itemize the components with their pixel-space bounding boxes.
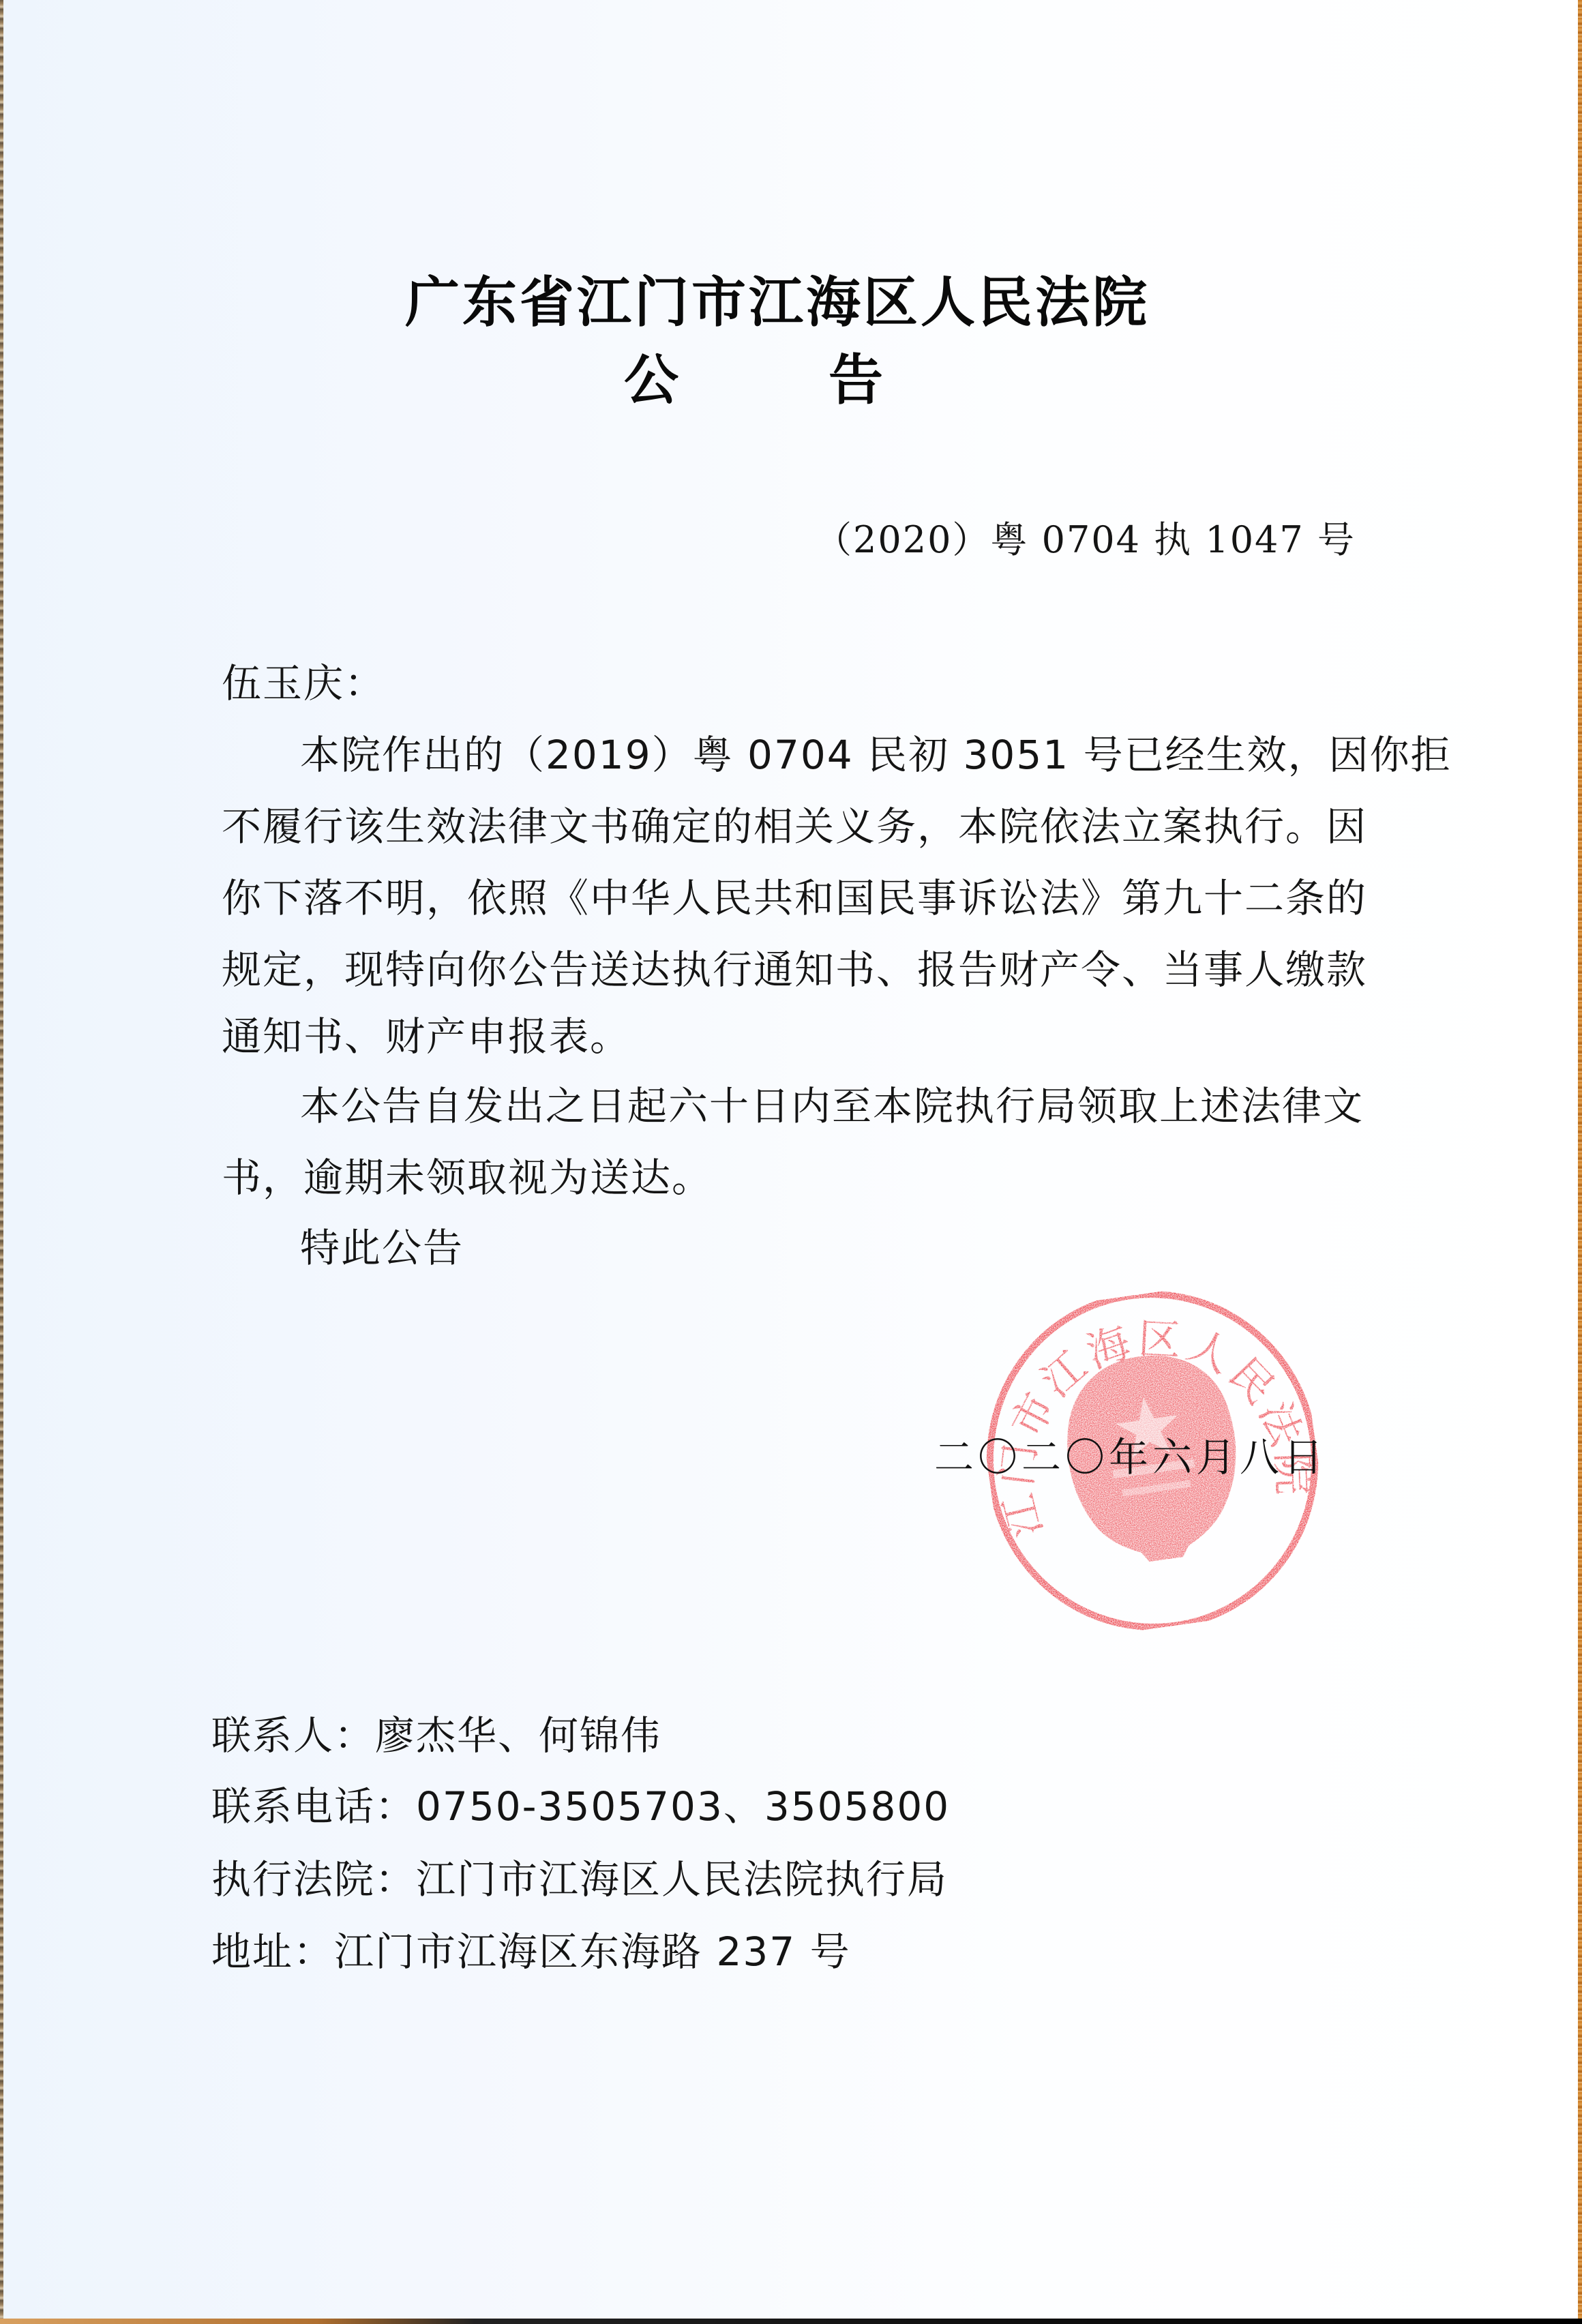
executing-court-row: 执行法院：江门市江海区人民法院执行局 (211, 1858, 948, 1901)
contact-person-value: 廖杰华、何锦伟 (375, 1712, 661, 1759)
body-line: 本院作出的（2019）粤 0704 民初 3051 号已经生效，因你拒 (300, 734, 1452, 775)
addressee: 伍玉庆： (222, 663, 385, 704)
issue-date: 二〇二〇年六月八日 (934, 1435, 1327, 1479)
executing-court-label: 执行法院： (211, 1856, 416, 1903)
address-label: 地址： (211, 1928, 334, 1975)
contact-phone-row: 联系电话：0750-3505703、3505800 (211, 1785, 950, 1828)
contact-phone-label: 联系电话： (211, 1783, 416, 1830)
closing-phrase: 特此公告 (300, 1227, 464, 1268)
address-row: 地址：江门市江海区东海路 237 号 (211, 1930, 851, 1973)
body-line: 规定，现特向你公告送达执行通知书、报告财产令、当事人缴款 (222, 949, 1367, 990)
case-number: （2020）粤 0704 执 1047 号 (815, 520, 1356, 561)
notice-title: 公 告 (0, 349, 1568, 411)
scan-edge-right (1578, 0, 1582, 2324)
contact-phone-value: 0750-3505703、3505800 (416, 1783, 950, 1830)
contact-person-row: 联系人：廖杰华、何锦伟 (211, 1714, 661, 1757)
body-line: 书，逾期未领取视为送达。 (222, 1157, 713, 1198)
body-line: 本公告自发出之日起六十日内至本院执行局领取上述法律文 (300, 1086, 1364, 1127)
court-name-title: 广东省江门市江海区人民法院 (0, 271, 1568, 333)
address-value: 江门市江海区东海路 237 号 (334, 1928, 851, 1975)
executing-court-value: 江门市江海区人民法院执行局 (416, 1856, 948, 1903)
contact-person-label: 联系人： (211, 1712, 375, 1759)
body-line: 你下落不明，依照《中华人民共和国民事诉讼法》第九十二条的 (222, 878, 1367, 919)
body-line: 通知书、财产申报表。 (222, 1016, 631, 1057)
scan-edge-bottom (0, 2319, 1582, 2324)
body-line: 不履行该生效法律文书确定的相关义务，本院依法立案执行。因 (222, 806, 1367, 847)
